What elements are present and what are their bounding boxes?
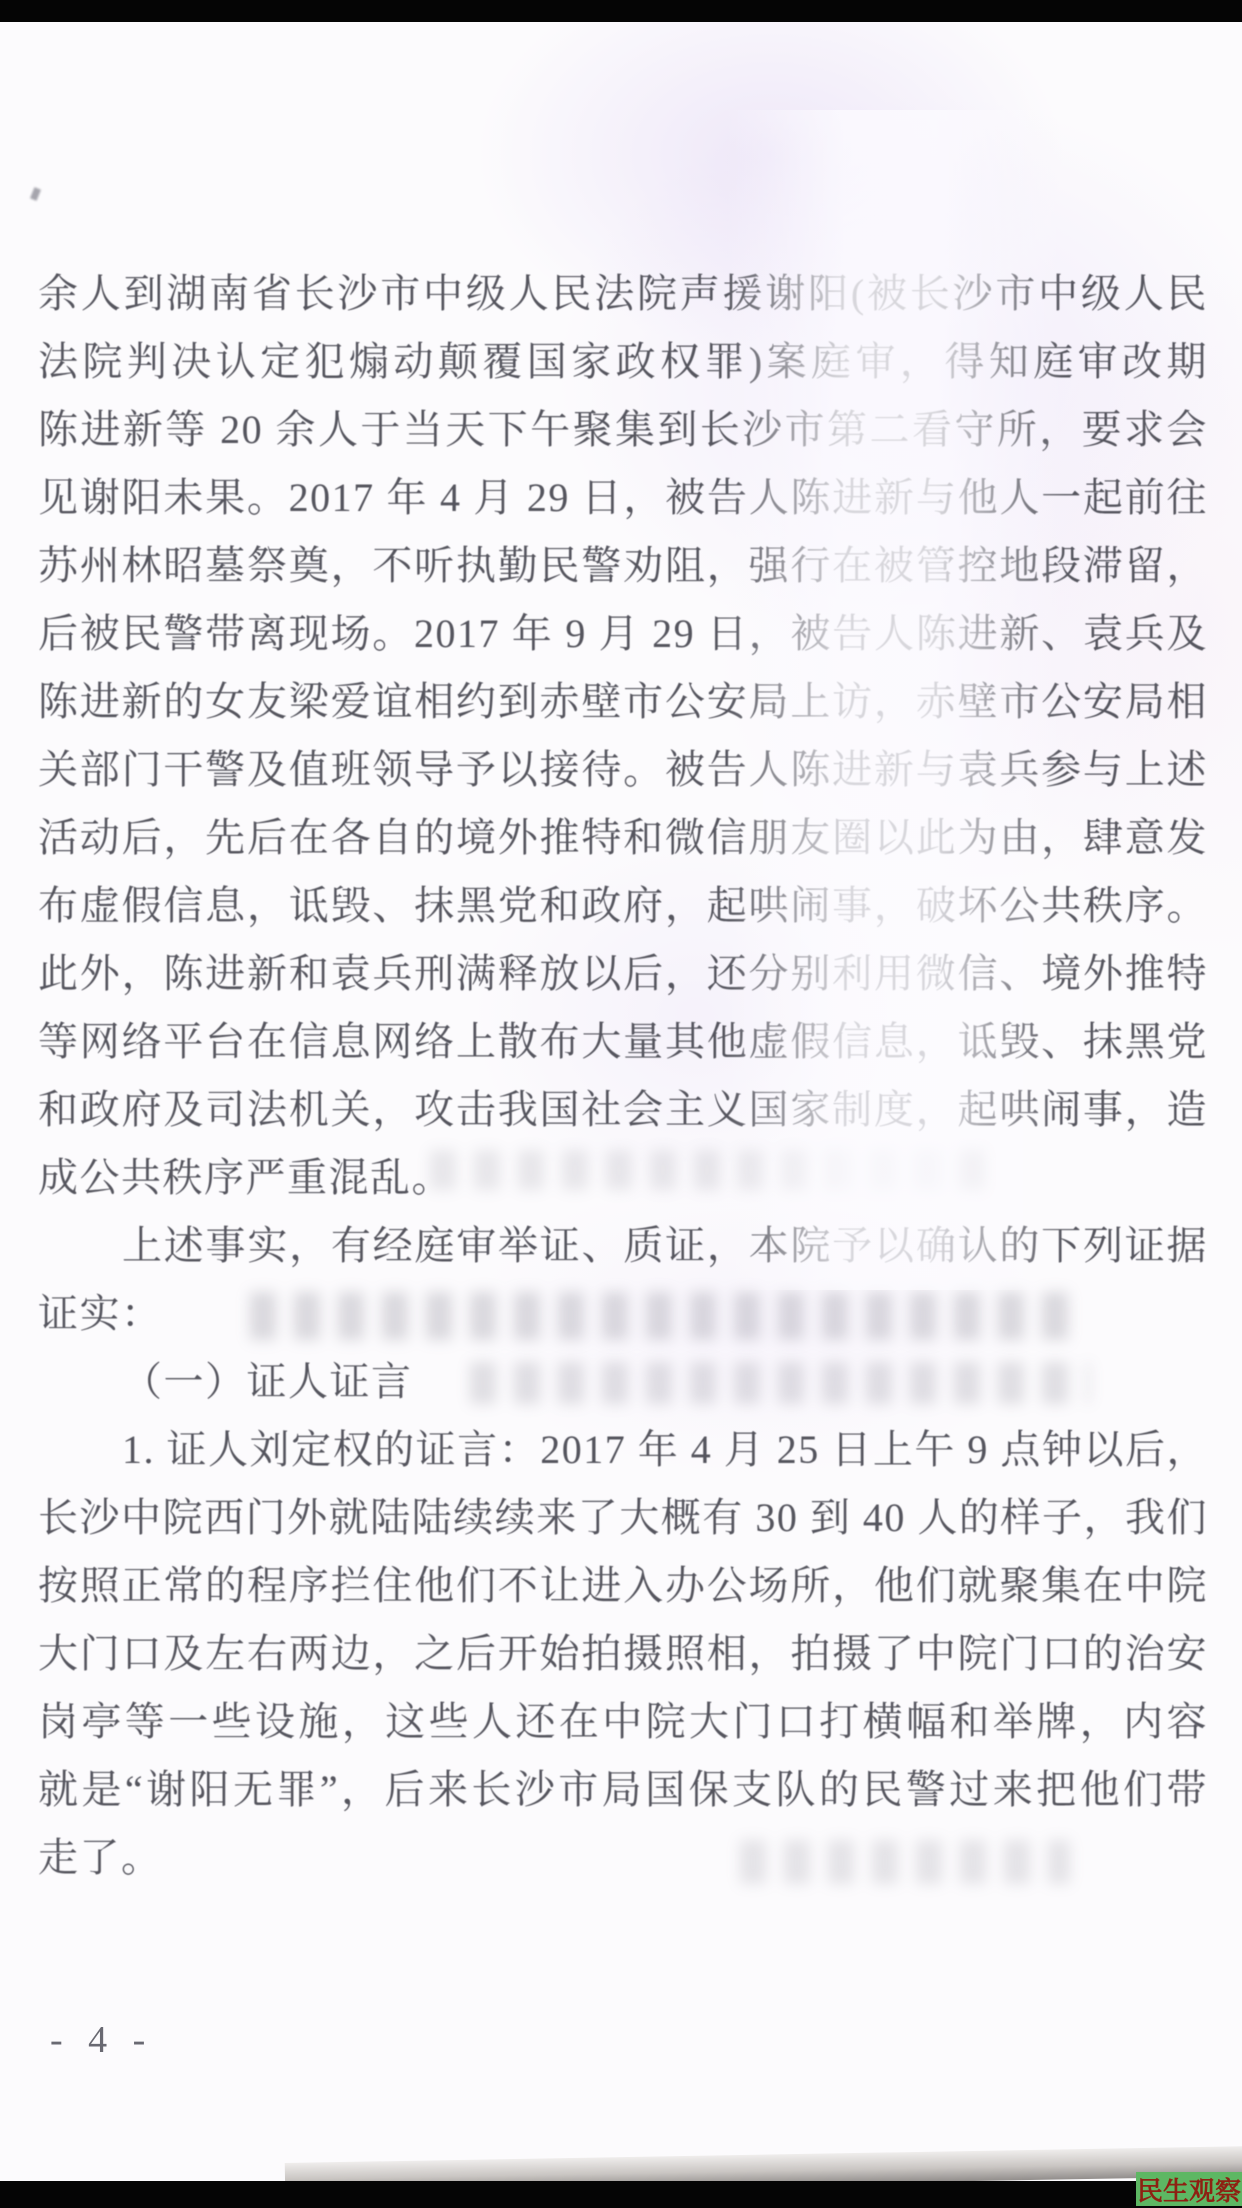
scanned-page: 余人到湖南省长沙市中级人民法院声援谢阳(被长沙市中级人民 法院判决认定犯煽动颠覆… [0,0,1242,2208]
text-line: 见谢阳未果。2017 年 4 月 29 日，被告人陈进新与他人一起前往 [38,464,1208,532]
text-line: 岗亭等一些设施，这些人还在中院大门口打横幅和举牌，内容 [38,1688,1208,1756]
text-line: 余人到湖南省长沙市中级人民法院声援谢阳(被长沙市中级人民 [38,260,1208,328]
text-line: 成公共秩序严重混乱。 [38,1144,1208,1212]
text-line: 此外，陈进新和袁兵刑满释放以后，还分别利用微信、境外推特 [38,940,1208,1008]
watermark-label: 民生观察 [1137,2171,1241,2208]
document-body: 余人到湖南省长沙市中级人民法院声援谢阳(被长沙市中级人民 法院判决认定犯煽动颠覆… [38,260,1208,1892]
text-line: （一）证人证言 [38,1348,1208,1416]
text-line: 按照正常的程序拦住他们不让进入办公场所，他们就聚集在中院 [38,1552,1208,1620]
text-line: 法院判决认定犯煽动颠覆国家政权罪)案庭审，得知庭审改期后， [38,328,1208,396]
text-line: 证实： [38,1280,1208,1348]
text-line: 后被民警带离现场。2017 年 9 月 29 日，被告人陈进新、袁兵及 [38,600,1208,668]
watermark-badge: 民生观察 [1136,2172,1242,2206]
text-line: 布虚假信息，诋毁、抹黑党和政府，起哄闹事，破坏公共秩序。 [38,872,1208,940]
text-line: 就是“谢阳无罪”，后来长沙市局国保支队的民警过来把他们带 [38,1756,1208,1824]
scan-speck-artifact [30,187,41,201]
text-line: 1. 证人刘定权的证言：2017 年 4 月 25 日上午 9 点钟以后， [38,1416,1208,1484]
bottom-letterbox-bar [0,2181,1242,2208]
text-line: 走了。 [38,1824,1208,1892]
text-line: 长沙中院西门外就陆陆续续来了大概有 30 到 40 人的样子，我们 [38,1484,1208,1552]
page-number: - 4 - [50,2018,153,2062]
text-line: 等网络平台在信息网络上散布大量其他虚假信息，诋毁、抹黑党 [38,1008,1208,1076]
text-line: 大门口及左右两边，之后开始拍摄照相，拍摄了中院门口的治安 [38,1620,1208,1688]
text-line: 苏州林昭墓祭奠，不听执勤民警劝阻，强行在被管控地段滞留， [38,532,1208,600]
text-line: 上述事实，有经庭审举证、质证，本院予以确认的下列证据 [38,1212,1208,1280]
text-line: 活动后，先后在各自的境外推特和微信朋友圈以此为由，肆意发 [38,804,1208,872]
top-letterbox-bar [0,0,1242,22]
text-line: 陈进新的女友梁爱谊相约到赤壁市公安局上访，赤壁市公安局相 [38,668,1208,736]
text-line: 陈进新等 20 余人于当天下午聚集到长沙市第二看守所，要求会 [38,396,1208,464]
text-line: 关部门干警及值班领导予以接待。被告人陈进新与袁兵参与上述 [38,736,1208,804]
text-line: 和政府及司法机关，攻击我国社会主义国家制度，起哄闹事，造 [38,1076,1208,1144]
